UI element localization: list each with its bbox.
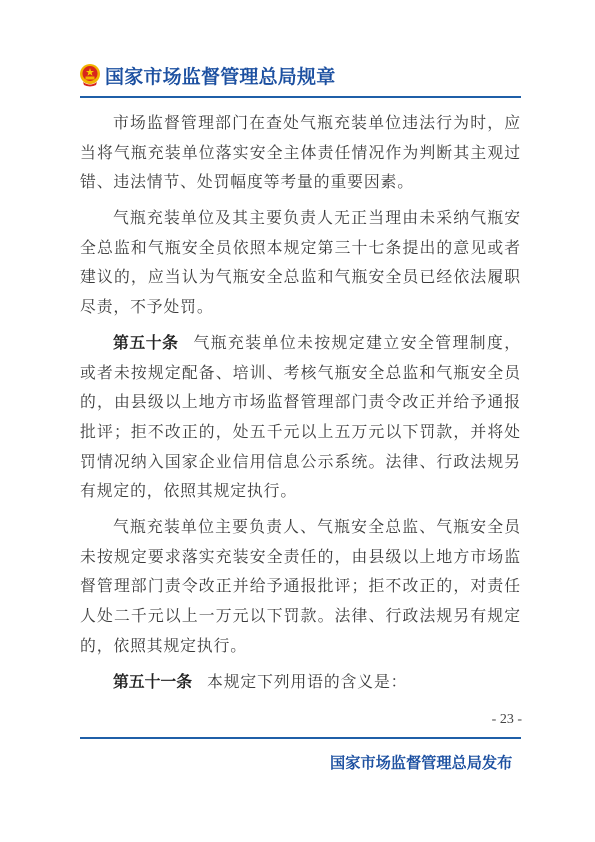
document-body: 市场监督管理部门在查处气瓶充装单位违法行为时，应当将气瓶充装单位落实安全主体责任… <box>80 108 521 696</box>
paragraph: 市场监督管理部门在查处气瓶充装单位违法行为时，应当将气瓶充装单位落实安全主体责任… <box>80 108 521 197</box>
article-number: 第五十一条 <box>113 672 192 691</box>
footer-divider <box>80 737 521 739</box>
paragraph: 气瓶充装单位及其主要负责人无正当理由未采纳气瓶安全总监和气瓶安全员依照本规定第三… <box>80 203 521 321</box>
page-header: 国家市场监督管理总局规章 <box>79 61 335 89</box>
header-divider <box>80 96 521 98</box>
header-title: 国家市场监督管理总局规章 <box>105 62 335 89</box>
paragraph-text: 气瓶充装单位及其主要负责人无正当理由未采纳气瓶安全总监和气瓶安全员依照本规定第三… <box>80 208 521 316</box>
paragraph-text: 气瓶充装单位未按规定建立安全管理制度，或者未按规定配备、培训、考核气瓶安全总监和… <box>80 333 521 500</box>
article-paragraph: 第五十一条本规定下列用语的含义是： <box>80 667 521 697</box>
footer-publisher: 国家市场监督管理总局发布 <box>330 752 512 773</box>
national-emblem-icon <box>79 63 101 87</box>
article-number: 第五十条 <box>113 333 178 352</box>
paragraph-text: 气瓶充装单位主要负责人、气瓶安全总监、气瓶安全员未按规定要求落实充装安全责任的，… <box>80 517 521 654</box>
paragraph-text: 本规定下列用语的含义是： <box>207 672 407 691</box>
article-paragraph: 第五十条气瓶充装单位未按规定建立安全管理制度，或者未按规定配备、培训、考核气瓶安… <box>80 328 521 506</box>
page-number: - 23 - <box>478 712 522 728</box>
paragraph-text: 市场监督管理部门在查处气瓶充装单位违法行为时，应当将气瓶充装单位落实安全主体责任… <box>80 113 521 191</box>
paragraph: 气瓶充装单位主要负责人、气瓶安全总监、气瓶安全员未按规定要求落实充装安全责任的，… <box>80 512 521 660</box>
